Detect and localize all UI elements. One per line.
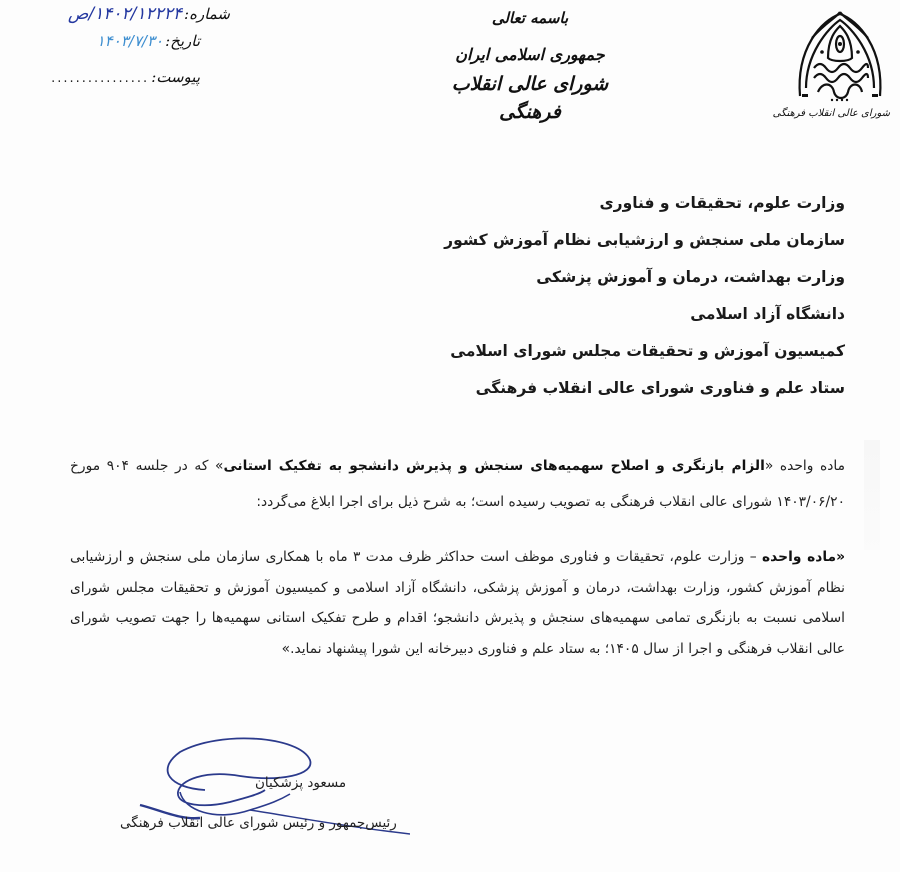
number-value: ۱۴۰۲/۱۲۲۲۴/ص <box>68 4 182 24</box>
article-lead: «ماده واحده <box>762 549 845 565</box>
council-logo: شورای عالی انقلاب فرهنگی <box>790 8 890 133</box>
attachment-value: ................ <box>51 71 149 86</box>
official-letter: شماره: ۱۴۰۲/۱۲۲۲۴/ص تاریخ: ۱۴۰۳/۷/۳۰ پیو… <box>0 0 900 872</box>
date-label: تاریخ: <box>165 32 200 50</box>
recipient-item: سازمان ملی سنجش و ارزشیابی نظام آموزش کش… <box>385 222 845 259</box>
attachment-label: پیوست: <box>151 68 200 86</box>
signature-block: مسعود پزشکیان رئیس‌جمهور و رئیس شورای عا… <box>110 730 410 860</box>
scan-edge-mark <box>864 440 880 550</box>
date-value: ۱۴۰۳/۷/۳۰ <box>97 32 164 50</box>
recipient-item: وزارت علوم، تحقیقات و فناوری <box>385 185 845 222</box>
resolution-title: الزام بازنگری و اصلاح سهمیه‌های سنجش و پ… <box>223 458 764 474</box>
logo-caption: شورای عالی انقلاب فرهنگی <box>790 108 890 119</box>
intro-prefix: ماده واحده « <box>765 458 845 474</box>
date-row: تاریخ: ۱۴۰۳/۷/۳۰ <box>0 32 230 60</box>
recipient-item: دانشگاه آزاد اسلامی <box>385 296 845 333</box>
number-label: شماره: <box>184 5 230 23</box>
article-text: – وزارت علوم، تحقیقات و فناوری موظف است … <box>70 549 845 657</box>
number-row: شماره: ۱۴۰۲/۱۲۲۲۴/ص <box>0 4 230 32</box>
recipient-item: ستاد علم و فناوری شورای عالی انقلاب فرهن… <box>385 370 845 407</box>
council-emblem-icon <box>792 8 888 108</box>
council-name: شورای عالی انقلاب فرهنگی <box>430 70 630 126</box>
intro-paragraph: ماده واحده «الزام بازنگری و اصلاح سهمیه‌… <box>70 448 845 520</box>
country-name: جمهوری اسلامی ایران <box>430 40 630 70</box>
signatory-name: مسعود پزشکیان <box>255 775 346 791</box>
recipient-item: کمیسیون آموزش و تحقیقات مجلس شورای اسلام… <box>385 333 845 370</box>
attachment-row: پیوست: ................ <box>0 68 230 96</box>
recipients-list: وزارت علوم، تحقیقات و فناوری سازمان ملی … <box>385 185 845 407</box>
letter-heading: باسمه تعالی جمهوری اسلامی ایران شورای عا… <box>430 6 630 126</box>
article-paragraph: «ماده واحده – وزارت علوم، تحقیقات و فناو… <box>70 542 845 664</box>
recipient-item: وزارت بهداشت، درمان و آموزش پزشکی <box>385 259 845 296</box>
signatory-title: رئیس‌جمهور و رئیس شورای عالی انقلاب فرهن… <box>120 815 397 831</box>
letter-meta: شماره: ۱۴۰۲/۱۲۲۲۴/ص تاریخ: ۱۴۰۳/۷/۳۰ پیو… <box>0 4 230 96</box>
invocation: باسمه تعالی <box>430 6 630 30</box>
